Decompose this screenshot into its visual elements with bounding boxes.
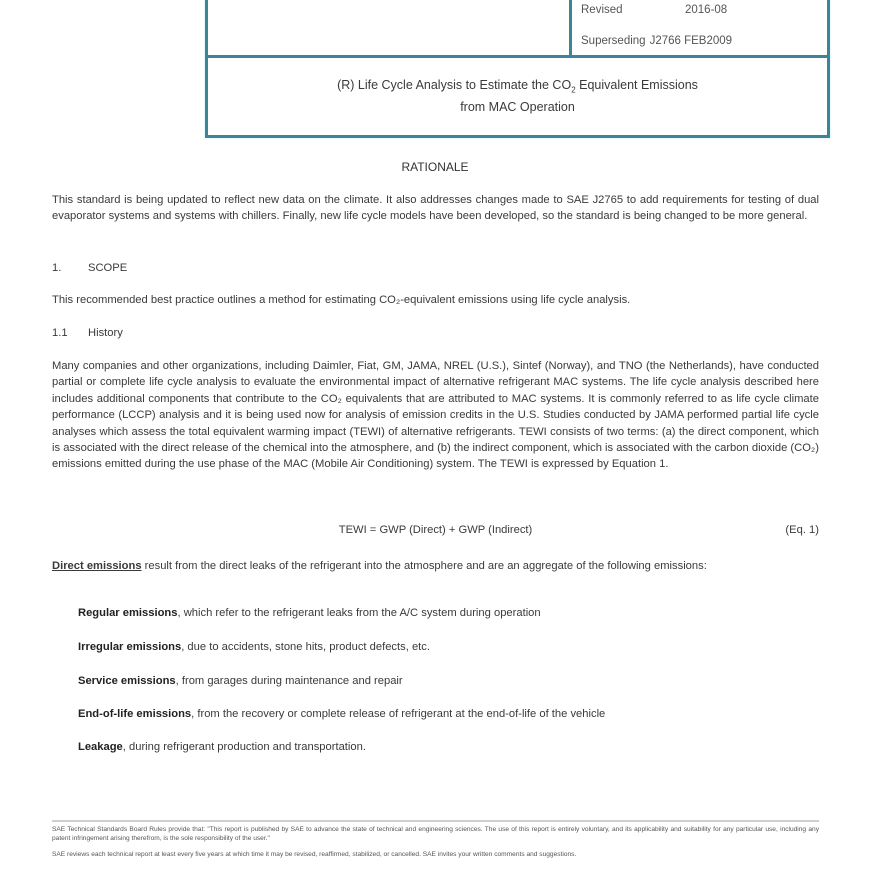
history-heading: 1.1History: [52, 325, 819, 341]
revised-row: Revised2016-08: [581, 4, 727, 16]
rationale-heading: RATIONALE: [0, 160, 870, 174]
equation-text: TEWI = GWP (Direct) + GWP (Indirect): [52, 524, 819, 536]
emission-desc: , which refer to the refrigerant leaks f…: [177, 607, 540, 619]
title-line2: from MAC Operation: [460, 100, 575, 114]
document-header-box: Revised2016-08 SupersedingJ2766 FEB2009 …: [205, 0, 830, 138]
title-suffix: Equivalent Emissions: [576, 78, 698, 92]
history-title: History: [88, 327, 123, 339]
scope-number: 1.: [52, 260, 88, 276]
direct-emissions-term: Direct emissions: [52, 560, 142, 572]
emission-term: Regular emissions: [78, 607, 177, 619]
superseding-label: Superseding: [581, 35, 646, 47]
emission-term: Leakage: [78, 741, 123, 753]
header-revision-cell: Revised2016-08 SupersedingJ2766 FEB2009: [572, 0, 827, 55]
scope-title: SCOPE: [88, 262, 127, 274]
emission-desc: , during refrigerant production and tran…: [123, 741, 366, 753]
superseding-row: SupersedingJ2766 FEB2009: [581, 35, 732, 47]
emission-term: End-of-life emissions: [78, 708, 191, 720]
equation-number: (Eq. 1): [785, 524, 819, 536]
direct-emissions-text: result from the direct leaks of the refr…: [142, 560, 707, 572]
emission-item: End-of-life emissions, from the recovery…: [78, 708, 605, 720]
emission-desc: , from garages during maintenance and re…: [176, 675, 403, 687]
emission-term: Service emissions: [78, 675, 176, 687]
superseding-value: J2766 FEB2009: [650, 35, 732, 47]
title-prefix: (R) Life Cycle Analysis to Estimate the …: [337, 78, 571, 92]
emission-item: Leakage, during refrigerant production a…: [78, 741, 366, 753]
history-paragraph: Many companies and other organizations, …: [52, 358, 819, 473]
document-title: (R) Life Cycle Analysis to Estimate the …: [208, 77, 827, 116]
emission-item: Irregular emissions, due to accidents, s…: [78, 641, 430, 653]
rationale-paragraph: This standard is being updated to reflec…: [52, 192, 819, 225]
direct-emissions-paragraph: Direct emissions result from the direct …: [52, 558, 819, 574]
footer-note-review: SAE reviews each technical report at lea…: [52, 851, 819, 860]
emission-item: Service emissions, from garages during m…: [78, 675, 403, 687]
footer-note-rules: SAE Technical Standards Board Rules prov…: [52, 826, 819, 843]
emission-desc: , due to accidents, stone hits, product …: [181, 641, 430, 653]
scope-paragraph: This recommended best practice outlines …: [52, 292, 819, 308]
header-divider: [208, 55, 827, 58]
revised-label: Revised: [581, 4, 685, 16]
footer-divider: [52, 820, 819, 822]
emission-term: Irregular emissions: [78, 641, 181, 653]
history-number: 1.1: [52, 325, 88, 341]
header-left-cell: [208, 0, 572, 55]
scope-heading: 1.SCOPE: [52, 260, 819, 276]
emission-desc: , from the recovery or complete release …: [191, 708, 605, 720]
emission-item: Regular emissions, which refer to the re…: [78, 607, 541, 619]
revised-value: 2016-08: [685, 4, 727, 16]
